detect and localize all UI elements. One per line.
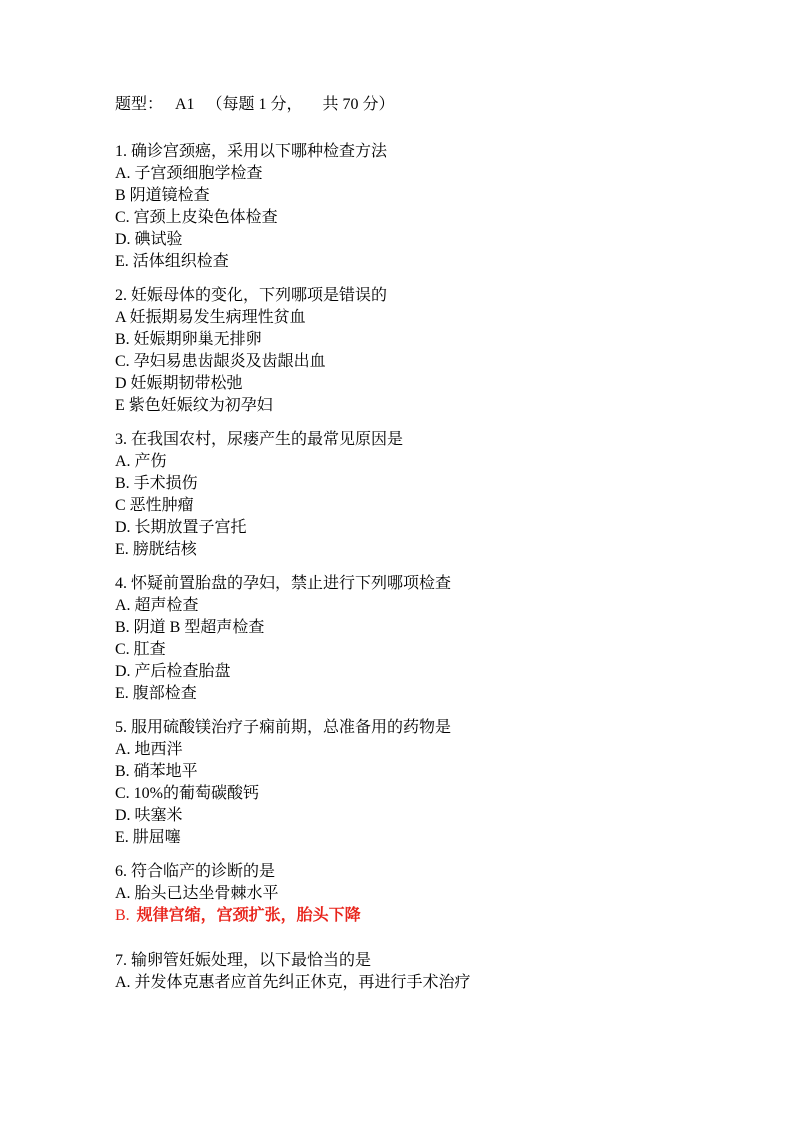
question-1-option-b: B 阴道镜检查: [115, 185, 733, 207]
question-2-stem: 2. 妊娠母体的变化，下列哪项是错误的: [115, 285, 733, 307]
question-4-option-d: D. 产后检查胎盘: [115, 661, 733, 683]
question-5-stem: 5. 服用硫酸镁治疗子痫前期，总准备用的药物是: [115, 717, 733, 739]
question-3-option-d: D. 长期放置子宫托: [115, 517, 733, 539]
question-6-stem: 6. 符合临产的诊断的是: [115, 861, 733, 883]
question-4-stem: 4. 怀疑前置胎盘的孕妇，禁止进行下列哪项检查: [115, 573, 733, 595]
question-1-option-a: A. 子宫颈细胞学检查: [115, 163, 733, 185]
option-b-answer-text: 规律宫缩，宫颈扩张，胎头下降: [137, 907, 361, 924]
question-6-option-b-answer-highlight: B.规律宫缩，宫颈扩张，胎头下降: [115, 905, 733, 927]
question-4-option-b: B. 阴道 B 型超声检查: [115, 617, 733, 639]
exam-header: 题型： A1 （每题 1 分， 共 70 分）: [115, 94, 733, 116]
question-1-stem: 1. 确诊宫颈癌，采用以下哪种检查方法: [115, 141, 733, 163]
question-2-option-c: C. 孕妇易患齿龈炎及齿龈出血: [115, 351, 733, 373]
question-3-option-e: E. 膀胱结核: [115, 539, 733, 561]
option-b-letter: B.: [115, 907, 130, 924]
question-4-option-a: A. 超声检查: [115, 595, 733, 617]
question-block-6: 6. 符合临产的诊断的是 A. 胎头已达坐骨棘水平 B.规律宫缩，宫颈扩张，胎头…: [115, 861, 733, 927]
question-3-option-b: B. 手术损伤: [115, 473, 733, 495]
question-4-option-e: E. 腹部检查: [115, 683, 733, 705]
question-4-option-c: C. 肛查: [115, 639, 733, 661]
question-block-2: 2. 妊娠母体的变化，下列哪项是错误的 A 妊振期易发生病理性贫血 B. 妊娠期…: [115, 285, 733, 417]
question-1-option-d: D. 碘试验: [115, 229, 733, 251]
question-7-option-a: A. 并发体克惠者应首先纠正休克，再进行手术治疗: [115, 972, 733, 994]
question-block-4: 4. 怀疑前置胎盘的孕妇，禁止进行下列哪项检查 A. 超声检查 B. 阴道 B …: [115, 573, 733, 705]
question-5-option-a: A. 地西泮: [115, 739, 733, 761]
question-block-1: 1. 确诊宫颈癌，采用以下哪种检查方法 A. 子宫颈细胞学检查 B 阴道镜检查 …: [115, 141, 733, 273]
question-1-option-c: C. 宫颈上皮染色体检查: [115, 207, 733, 229]
question-2-option-d: D 妊娠期韧带松弛: [115, 373, 733, 395]
question-block-3: 3. 在我国农村，尿瘘产生的最常见原因是 A. 产伤 B. 手术损伤 C 恶性肿…: [115, 429, 733, 561]
question-7-stem: 7. 输卵管妊娠处理，以下最恰当的是: [115, 950, 733, 972]
question-1-option-e: E. 活体组织检查: [115, 251, 733, 273]
question-3-stem: 3. 在我国农村，尿瘘产生的最常见原因是: [115, 429, 733, 451]
question-3-option-a: A. 产伤: [115, 451, 733, 473]
question-5-option-d: D. 呋塞米: [115, 805, 733, 827]
question-block-7: 7. 输卵管妊娠处理，以下最恰当的是 A. 并发体克惠者应首先纠正休克，再进行手…: [115, 950, 733, 994]
document-page: 题型： A1 （每题 1 分， 共 70 分） 1. 确诊宫颈癌，采用以下哪种检…: [0, 0, 793, 1122]
question-5-option-c: C. 10%的葡萄碳酸钙: [115, 783, 733, 805]
question-2-option-b: B. 妊娠期卵巢无排卵: [115, 329, 733, 351]
question-6-option-a: A. 胎头已达坐骨棘水平: [115, 883, 733, 905]
question-3-option-c: C 恶性肿瘤: [115, 495, 733, 517]
question-5-option-e: E. 肼屈噻: [115, 827, 733, 849]
question-block-5: 5. 服用硫酸镁治疗子痫前期，总准备用的药物是 A. 地西泮 B. 硝苯地平 C…: [115, 717, 733, 849]
question-5-option-b: B. 硝苯地平: [115, 761, 733, 783]
question-2-option-e: E 紫色妊娠纹为初孕妇: [115, 395, 733, 417]
question-2-option-a: A 妊振期易发生病理性贫血: [115, 307, 733, 329]
